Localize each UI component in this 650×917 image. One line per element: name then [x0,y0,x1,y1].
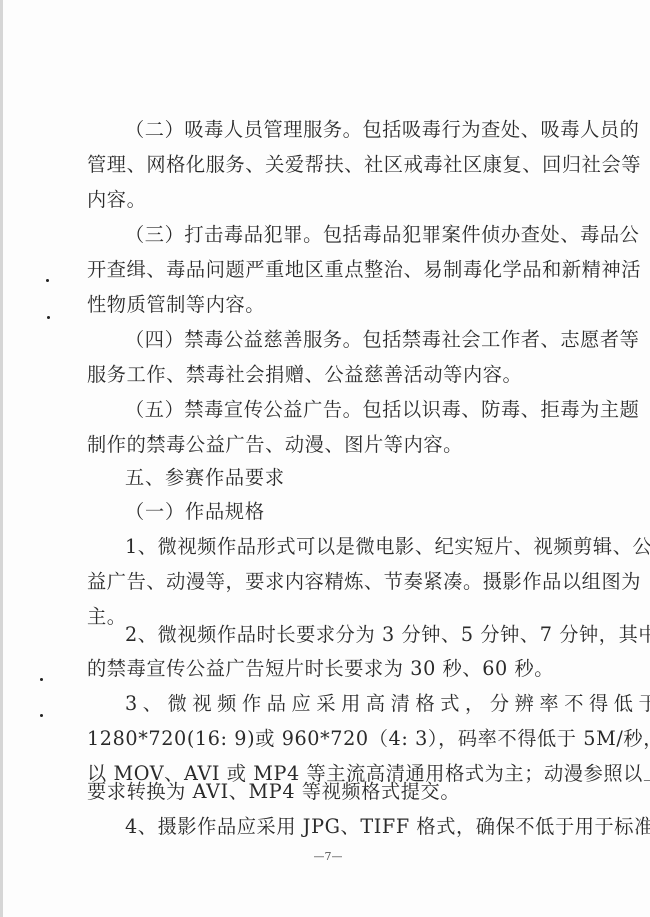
paragraph-line: 性物质管制等内容。 [87,293,265,317]
margin-mark [40,678,43,681]
requirement-line: 1、微视频作品形式可以是微电影、纪实短片、视频剪辑、公 [125,535,650,559]
margin-mark [40,714,43,717]
subsection-heading: （一）作品规格 [125,500,265,524]
paragraph-line: 开查缉、毒品问题严重地区重点整治、易制毒化学品和新精神活 [87,258,641,282]
section-heading: 五、参赛作品要求 [125,466,285,490]
paragraph-line: （四）禁毒公益慈善服务。包括禁毒社会工作者、志愿者等 [125,328,639,352]
paragraph-line: （三）打击毒品犯罪。包括毒品犯罪案件侦办查处、毒品公 [125,223,639,247]
margin-mark [46,279,49,282]
requirement-line: 主。 [87,605,127,629]
requirement-line: 要求转换为 AVI、MP4 等视频格式提交。 [87,780,460,804]
requirement-line: 的禁毒宣传公益广告短片时长要求为 30 秒、60 秒。 [87,657,554,681]
requirement-line: 3、微视频作品应采用高清格式，分辨率不得低于 [125,692,650,716]
requirement-line: 1280*720(16: 9)或 960*720（4: 3），码率不得低于 5M… [87,727,650,751]
paragraph-line: 服务工作、禁毒社会捐赠、公益慈善活动等内容。 [87,363,522,387]
paragraph-line: 制作的禁毒公益广告、动漫、图片等内容。 [87,433,463,457]
requirement-line: 益广告、动漫等，要求内容精炼、节奏紧凑。摄影作品以组图为 [87,570,641,594]
paragraph-line: 管理、网格化服务、关爱帮扶、社区戒毒社区康复、回归社会等 [87,153,641,177]
document-page: （二）吸毒人员管理服务。包括吸毒行为查处、吸毒人员的 管理、网格化服务、关爱帮扶… [0,0,650,917]
paragraph-line: （五）禁毒宣传公益广告。包括以识毒、防毒、拒毒为主题 [125,398,639,422]
paragraph-line: 内容。 [87,188,146,212]
margin-mark [47,316,50,319]
requirement-line: 2、微视频作品时长要求分为 3 分钟、5 分钟、7 分钟，其中 [125,623,650,647]
requirement-line: 4、摄影作品应采用 JPG、TIFF 格式，确保不低于用于标准 [125,815,650,839]
paragraph-line: （二）吸毒人员管理服务。包括吸毒行为查处、吸毒人员的 [125,118,639,142]
page-number: —7— [3,850,650,863]
